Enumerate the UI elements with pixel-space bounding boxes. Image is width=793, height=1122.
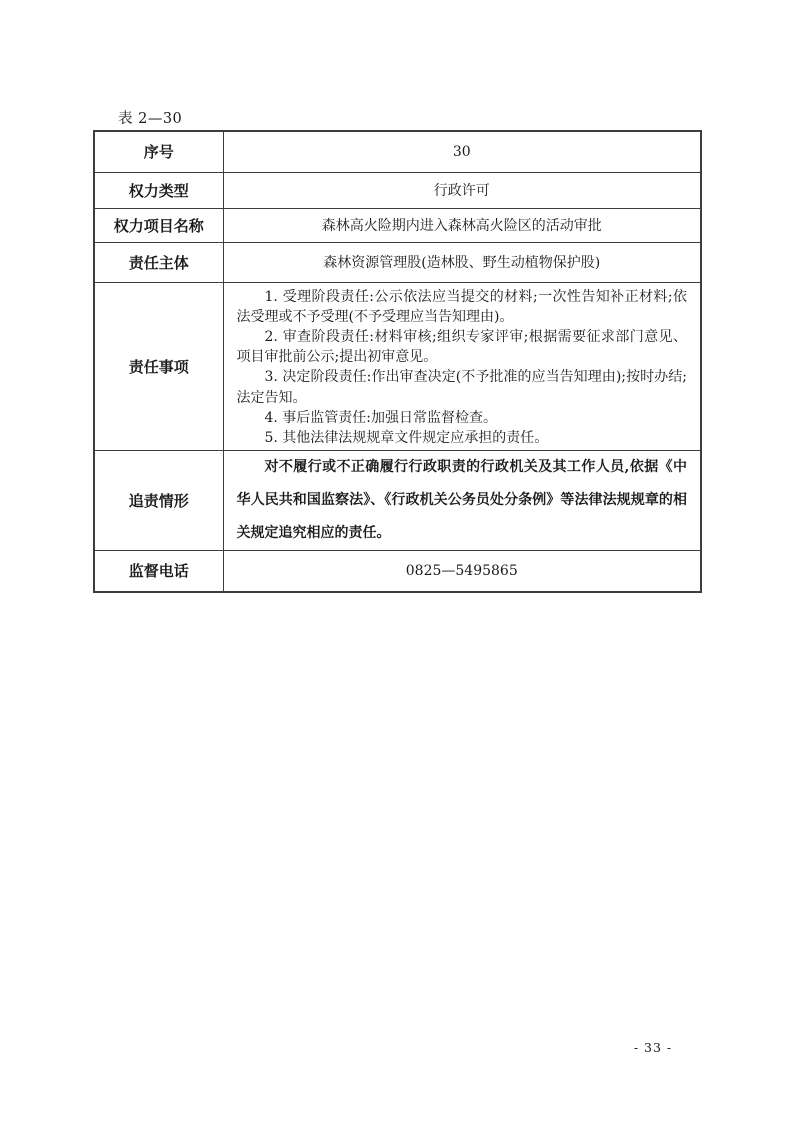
row-value: 森林资源管理股(造林股、野生动植物保护股) xyxy=(223,242,701,282)
document-page: 表 2—30 序号 30 权力类型 行政许可 权力项目名称 森林高火险期内进入森… xyxy=(0,0,793,1122)
row-label: 责任事项 xyxy=(94,282,223,451)
row-value: 行政许可 xyxy=(223,172,701,208)
responsibility-item-paragraph: 4. 事后监管责任:加强日常监督检查。 xyxy=(237,408,688,428)
page-number: - 33 - xyxy=(598,1040,708,1055)
row-label: 追责情形 xyxy=(94,451,223,551)
row-label: 序号 xyxy=(94,131,223,172)
responsibility-item-paragraph: 5. 其他法律法规规章文件规定应承担的责任。 xyxy=(237,428,688,448)
responsibility-item-paragraph: 3. 决定阶段责任:作出审查决定(不予批准的应当告知理由);按时办结;法定告知。 xyxy=(237,367,688,407)
table-row-accountability: 追责情形 对不履行或不正确履行行政职责的行政机关及其工作人员,依据《中华人民共和… xyxy=(94,451,701,551)
table-row-power-item-name: 权力项目名称 森林高火险期内进入森林高火险区的活动审批 xyxy=(94,208,701,242)
accountability-paragraph: 对不履行或不正确履行行政职责的行政机关及其工作人员,依据《中华人民共和国监察法》… xyxy=(237,451,688,550)
table-row-responsibility-items: 责任事项 1. 受理阶段责任:公示依法应当提交的材料;一次性告知补正材料;依法受… xyxy=(94,282,701,451)
table-row-supervision-phone: 监督电话 0825—5495865 xyxy=(94,551,701,592)
row-label: 权力类型 xyxy=(94,172,223,208)
power-responsibility-table: 序号 30 权力类型 行政许可 权力项目名称 森林高火险期内进入森林高火险区的活… xyxy=(93,130,702,593)
row-label: 责任主体 xyxy=(94,242,223,282)
table-row-responsible-body: 责任主体 森林资源管理股(造林股、野生动植物保护股) xyxy=(94,242,701,282)
row-label: 监督电话 xyxy=(94,551,223,592)
row-value: 森林高火险期内进入森林高火险区的活动审批 xyxy=(223,208,701,242)
row-value: 30 xyxy=(223,131,701,172)
accountability-cell: 对不履行或不正确履行行政职责的行政机关及其工作人员,依据《中华人民共和国监察法》… xyxy=(223,451,701,551)
table-caption: 表 2—30 xyxy=(118,107,182,128)
row-value: 0825—5495865 xyxy=(223,551,701,592)
responsibility-item-paragraph: 2. 审查阶段责任:材料审核;组织专家评审;根据需要征求部门意见、项目审批前公示… xyxy=(237,327,688,367)
table-row-power-type: 权力类型 行政许可 xyxy=(94,172,701,208)
responsibility-item-paragraph: 1. 受理阶段责任:公示依法应当提交的材料;一次性告知补正材料;依法受理或不予受… xyxy=(237,287,688,327)
table-row-serial-number: 序号 30 xyxy=(94,131,701,172)
responsibility-items-cell: 1. 受理阶段责任:公示依法应当提交的材料;一次性告知补正材料;依法受理或不予受… xyxy=(223,282,701,451)
row-label: 权力项目名称 xyxy=(94,208,223,242)
